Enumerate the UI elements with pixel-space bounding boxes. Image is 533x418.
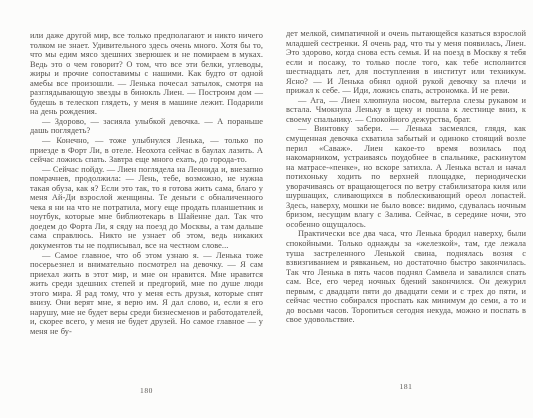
page-number-left: 180 bbox=[30, 386, 263, 395]
paragraph: дет мелкой, симпатичной и очень пытающей… bbox=[286, 29, 526, 96]
paragraph: — Здорово, — засияла улыбкой девочка. — … bbox=[30, 117, 263, 136]
paragraph: — Сейчас пойду. — Лиен поглядела на Леон… bbox=[30, 165, 263, 251]
paragraph: — Конечно, — тоже улыбнулся Ленька, — то… bbox=[30, 136, 263, 165]
paragraph: — Ага, — Лиен хлюпнула носом, вытерла сл… bbox=[286, 96, 526, 125]
page-text-right: дет мелкой, симпатичной и очень пытающей… bbox=[286, 29, 526, 325]
paragraph: Практически все два часа, что Ленька бро… bbox=[286, 229, 526, 324]
paragraph: — Винтовку забери. — Ленька засмеялся, г… bbox=[286, 124, 526, 229]
page-left: или даже другой мир, все только предпола… bbox=[30, 31, 263, 411]
paragraph: или даже другой мир, все только предпола… bbox=[30, 31, 263, 117]
book-spread: или даже другой мир, все только предпола… bbox=[0, 0, 533, 418]
page-text-left: или даже другой мир, все только предпола… bbox=[30, 31, 263, 337]
paragraph: — Самое главное, что об этом узнаю я. — … bbox=[30, 251, 263, 337]
page-right: дет мелкой, симпатичной и очень пытающей… bbox=[286, 29, 526, 409]
page-number-right: 181 bbox=[286, 382, 526, 391]
